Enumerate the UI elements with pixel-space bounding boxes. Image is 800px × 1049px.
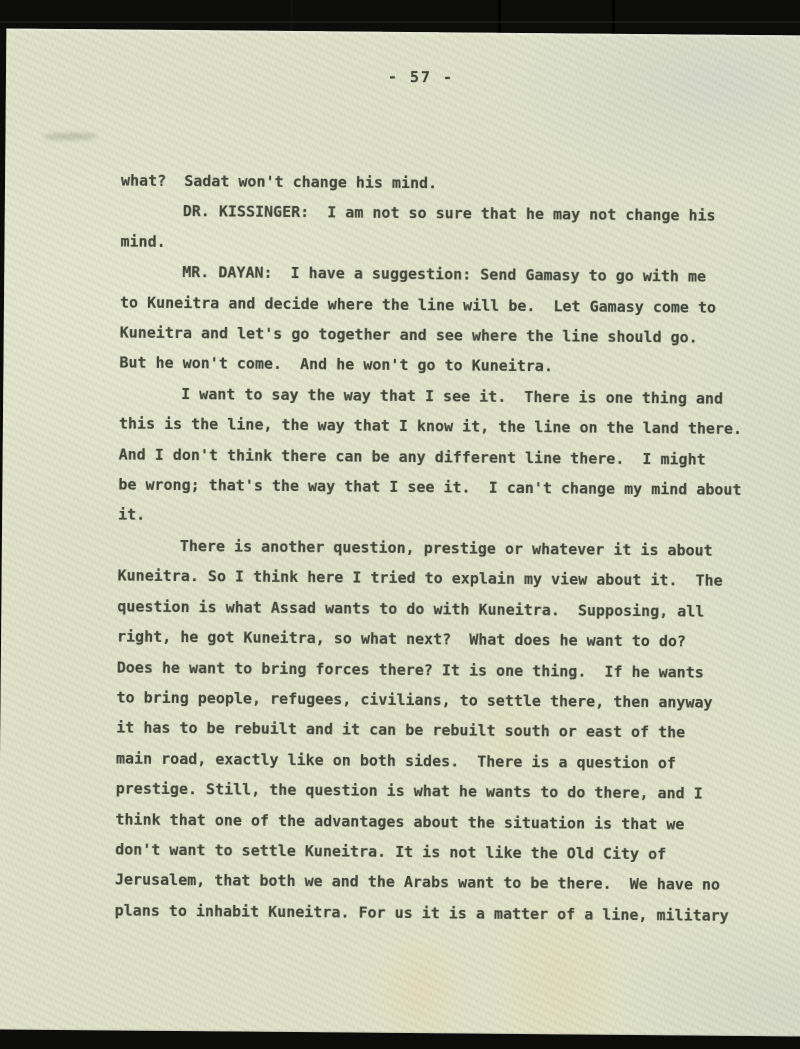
text-line: plans to inhabit Kuneitra. For us it is … bbox=[115, 895, 738, 931]
scan-artifact-line bbox=[0, 21, 800, 23]
document-body: what? Sadat won't change his mind.DR. KI… bbox=[115, 165, 745, 931]
text-line: Kuneitra. So I think here I tried to exp… bbox=[117, 561, 740, 597]
scan-background: - 57 - what? Sadat won't change his mind… bbox=[0, 0, 800, 1049]
text-line: prestige. Still, the question is what he… bbox=[116, 774, 739, 810]
text-line: MR. DAYAN: I have a suggestion: Send Gam… bbox=[120, 257, 743, 293]
text-line: it has to be rebuilt and it can be rebui… bbox=[116, 713, 739, 749]
text-line: be wrong; that's the way that I see it. … bbox=[118, 470, 741, 506]
text-line: DR. KISSINGER: I am not so sure that he … bbox=[121, 196, 744, 232]
page-number: - 57 - bbox=[6, 64, 800, 89]
text-line: right, he got Kuneitra, so what next? Wh… bbox=[117, 622, 740, 658]
document-page: - 57 - what? Sadat won't change his mind… bbox=[0, 28, 800, 1036]
text-line: this is the line, the way that I know it… bbox=[119, 409, 742, 445]
smudge-mark bbox=[43, 133, 97, 140]
